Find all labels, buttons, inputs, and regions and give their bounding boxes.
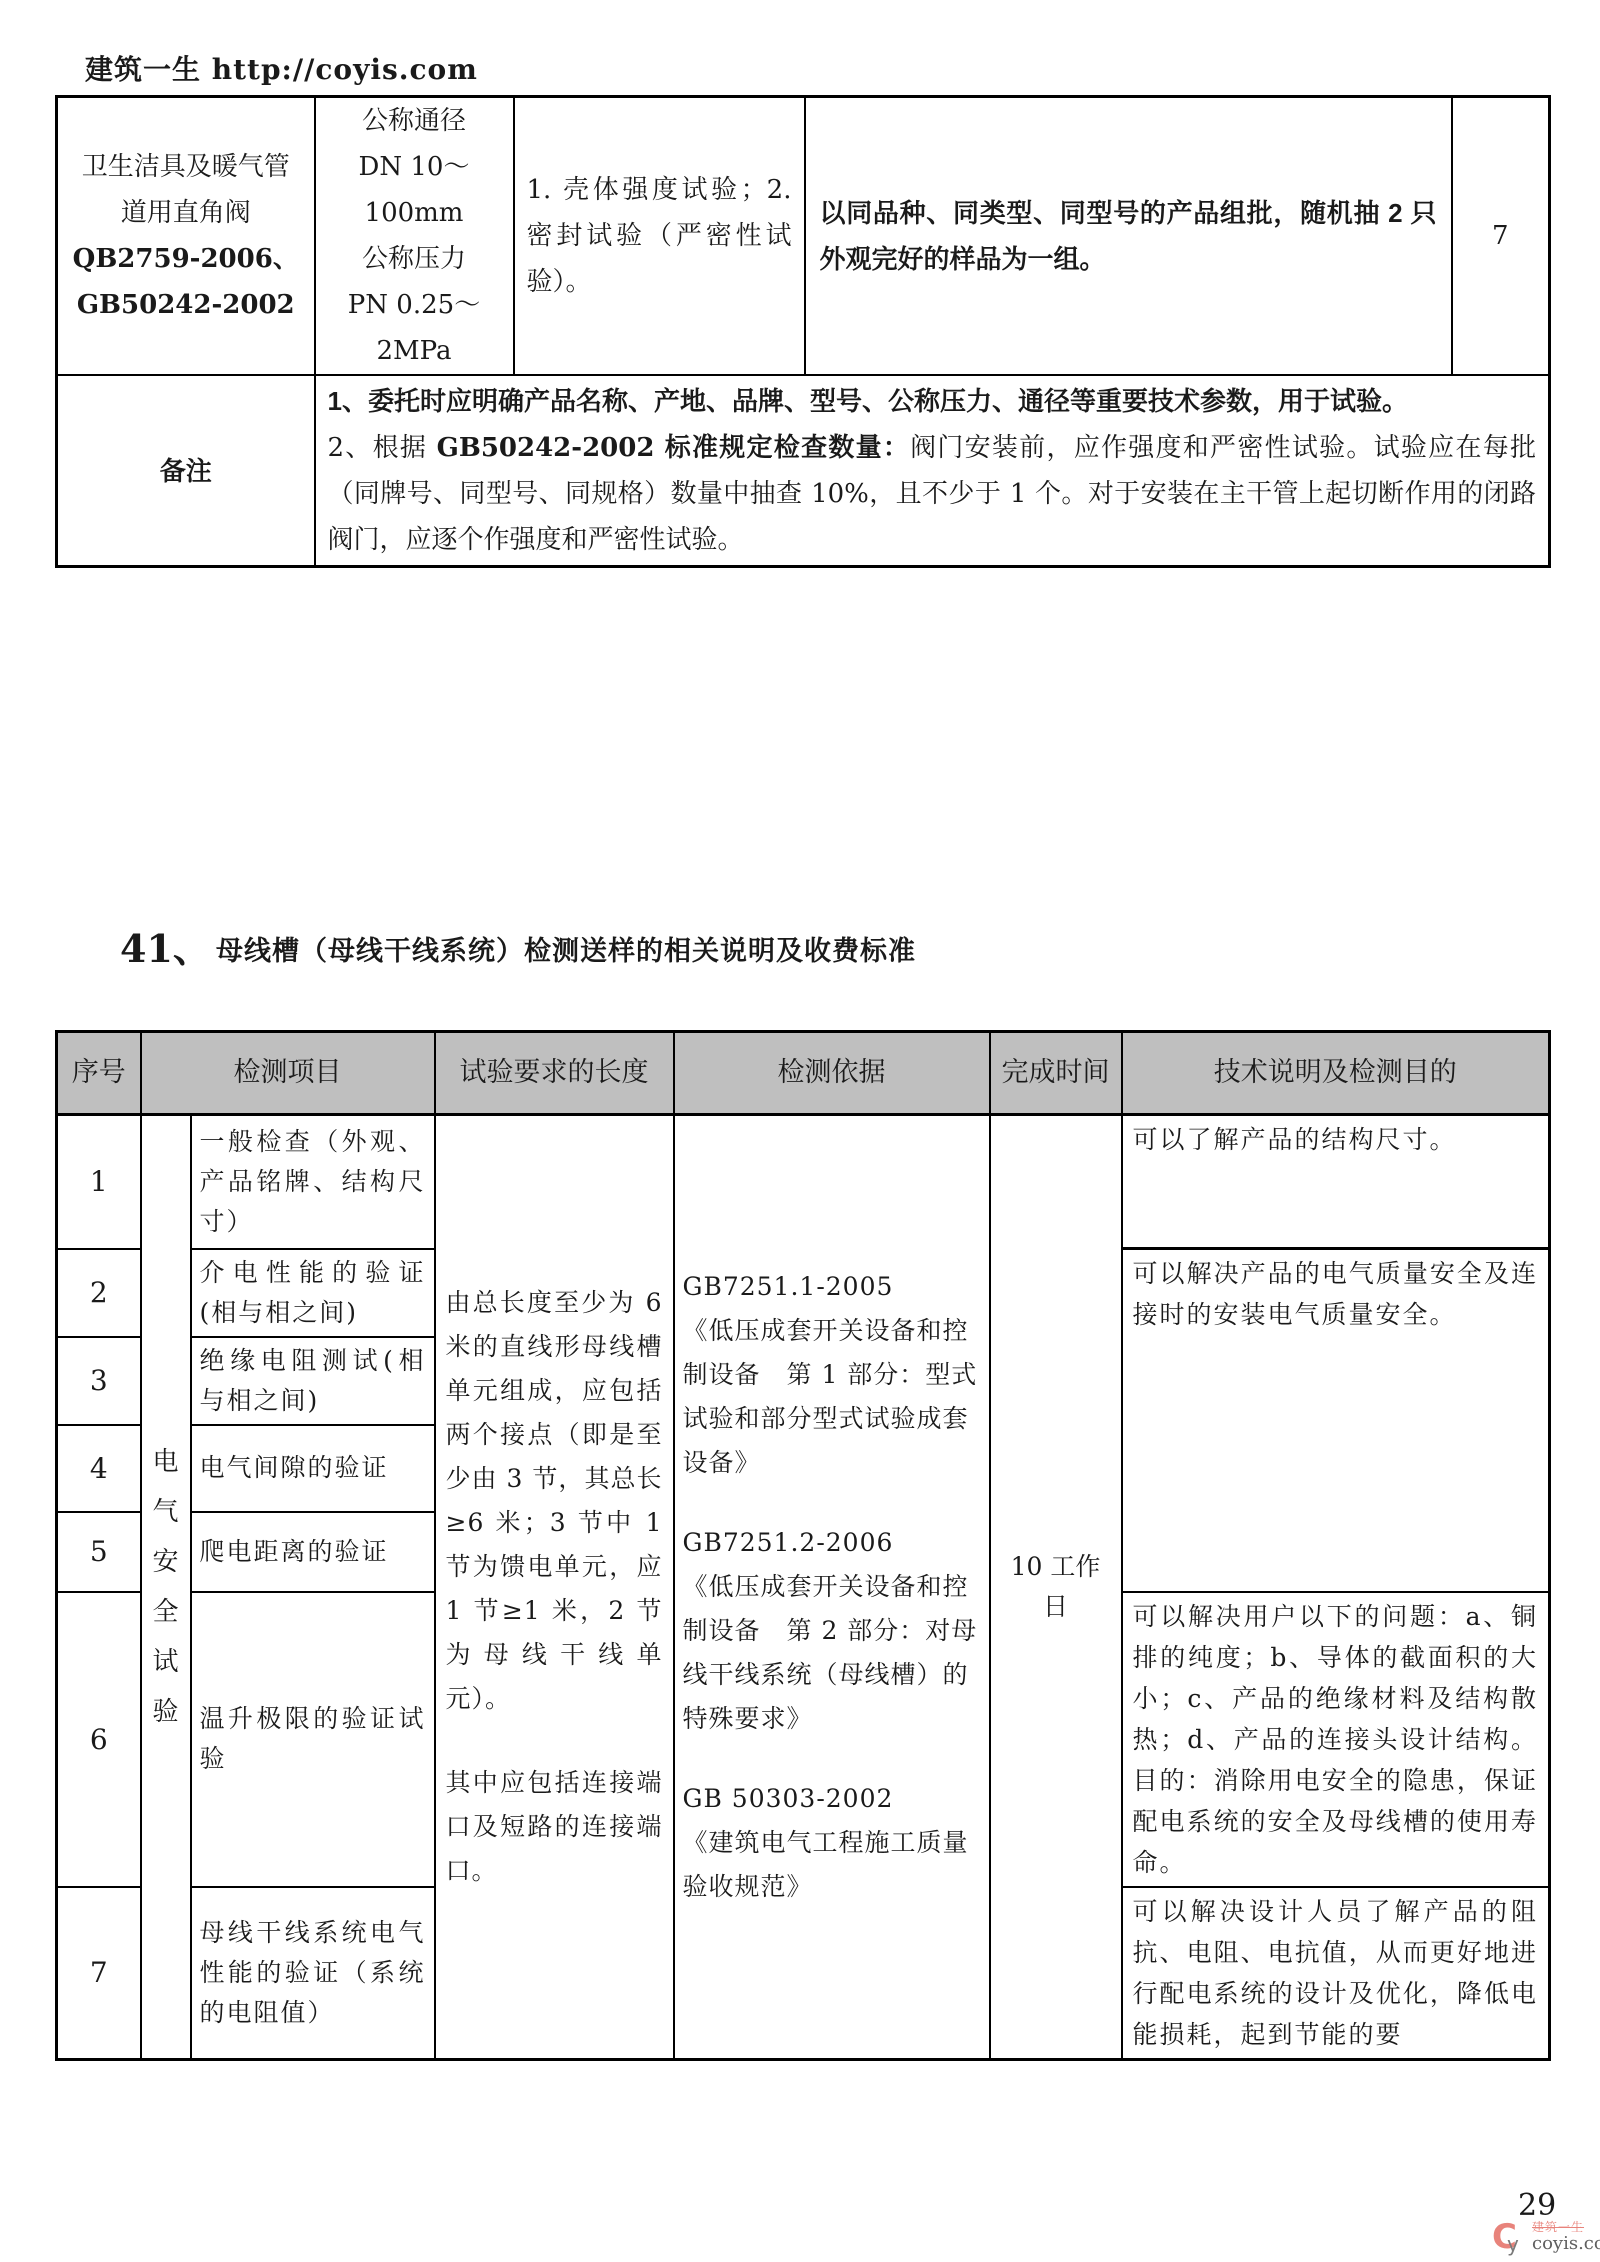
item-3: 绝缘电阻测试(相与相之间) <box>191 1337 435 1425</box>
length-paragraph-1: 由总长度至少为 6 米的直线形母线槽单元组成，应包括两个接点（即是至少由 3 节… <box>446 1281 663 1721</box>
product-standard-2: GB50242-2002 <box>58 282 314 328</box>
header-basis: 检测依据 <box>674 1032 990 1115</box>
spec-line-2: DN 10～100mm <box>316 144 513 236</box>
logo-brand-text: 建筑一生 <box>1532 2220 1600 2234</box>
document-page: 建筑一生 http://coyis.com 卫生洁具及暖气管 道用直角阀 QB2… <box>0 0 1600 2262</box>
basis-title-2: 《低压成套开关设备和控制设备 第 2 部分：对母线干线系统（母线槽）的特殊要求》 <box>683 1565 981 1741</box>
remark-line-2: 2、根据 GB50242-2002 标准规定检查数量：阀门安装前，应作强度和严密… <box>328 424 1537 563</box>
spec-cell: 公称通径 DN 10～100mm 公称压力 PN 0.25～2MPa <box>315 97 514 376</box>
item-4: 电气间隙的验证 <box>191 1425 435 1512</box>
remark-line-1: 1、委托时应明确产品名称、产地、品牌、型号、公称压力、通径等重要技术参数，用于试… <box>328 378 1537 424</box>
item-2: 介电性能的验证(相与相之间) <box>191 1249 435 1337</box>
table-row: 1 电气安全试验 一般检查（外观、产品铭牌、结构尺寸） 由总长度至少为 6 米的… <box>57 1115 1550 1249</box>
header-no: 序号 <box>57 1032 141 1115</box>
section-title: 41、 母线槽（母线干线系统）检测送样的相关说明及收费标准 <box>120 918 916 973</box>
row-no-1: 1 <box>57 1115 141 1249</box>
row-no-5: 5 <box>57 1512 141 1592</box>
basis-code-3: GB 50303-2002 <box>683 1777 981 1821</box>
basis-title-3: 《建筑电气工程施工质量验收规范》 <box>683 1821 981 1909</box>
page-number: 29 <box>1518 2188 1556 2223</box>
logo-mark-icon: C y <box>1492 2220 1528 2256</box>
header-row: 序号 检测项目 试验要求的长度 检测依据 完成时间 技术说明及检测目的 <box>57 1032 1550 1115</box>
row-no-3: 3 <box>57 1337 141 1425</box>
days-cell: 7 <box>1452 97 1550 376</box>
header-time: 完成时间 <box>990 1032 1122 1115</box>
spacer <box>446 1721 663 1761</box>
remark-content-cell: 1、委托时应明确产品名称、产地、品牌、型号、公称压力、通径等重要技术参数，用于试… <box>315 375 1550 567</box>
header-length: 试验要求的长度 <box>435 1032 674 1115</box>
item-5: 爬电距离的验证 <box>191 1512 435 1592</box>
spec-line-1: 公称通径 <box>316 98 513 144</box>
basis-title-1: 《低压成套开关设备和控制设备 第 1 部分：型式试验和部分型式试验成套设备》 <box>683 1309 981 1485</box>
note-row-6: 可以解决用户以下的问题：a、铜排的纯度；b、导体的截面积的大小；c、产品的绝缘材… <box>1122 1592 1550 1887</box>
product-standard-1: QB2759-2006、 <box>58 236 314 282</box>
remark-label-cell: 备注 <box>57 375 315 567</box>
note-rows-2-5: 可以解决产品的电气质量安全及连接时的安装电气质量安全。 <box>1122 1249 1550 1592</box>
sampling-rule-cell: 以同品种、同类型、同型号的产品组批，随机抽 2 只外观完好的样品为一组。 <box>805 97 1452 376</box>
item-7: 母线干线系统电气性能的验证（系统的电阻值） <box>191 1887 435 2060</box>
valve-test-table: 卫生洁具及暖气管 道用直角阀 QB2759-2006、 GB50242-2002… <box>55 95 1551 568</box>
basis-code-1: GB7251.1-2005 <box>683 1265 981 1309</box>
group-label-cell: 电气安全试验 <box>141 1115 191 2060</box>
item-1: 一般检查（外观、产品铭牌、结构尺寸） <box>191 1115 435 1249</box>
basis-cell: GB7251.1-2005 《低压成套开关设备和控制设备 第 1 部分：型式试验… <box>674 1115 990 2060</box>
logo-site-text: coyis.com <box>1532 2234 1600 2254</box>
product-name-line2: 道用直角阀 <box>58 190 314 236</box>
item-6: 温升极限的验证试验 <box>191 1592 435 1887</box>
row-no-2: 2 <box>57 1249 141 1337</box>
logo-text: 建筑一生 coyis.com <box>1532 2220 1600 2254</box>
row-no-7: 7 <box>57 1887 141 2060</box>
spec-line-4: PN 0.25～2MPa <box>316 282 513 374</box>
basis-code-2: GB7251.2-2006 <box>683 1521 981 1565</box>
product-name-cell: 卫生洁具及暖气管 道用直角阀 QB2759-2006、 GB50242-2002 <box>57 97 315 376</box>
note-row-7: 可以解决设计人员了解产品的阻抗、电阻、电抗值，从而更好地进行配电系统的设计及优化… <box>1122 1887 1550 2060</box>
test-items-cell: 1. 壳体强度试验；2. 密封试验（严密性试验）。 <box>514 97 805 376</box>
header-note: 技术说明及检测目的 <box>1122 1032 1550 1115</box>
spacer <box>683 1485 981 1521</box>
brand-header: 建筑一生 http://coyis.com <box>85 48 478 88</box>
length-requirement-cell: 由总长度至少为 6 米的直线形母线槽单元组成，应包括两个接点（即是至少由 3 节… <box>435 1115 674 2060</box>
header-item: 检测项目 <box>141 1032 435 1115</box>
busway-test-table: 序号 检测项目 试验要求的长度 检测依据 完成时间 技术说明及检测目的 1 电气… <box>55 1030 1551 2061</box>
completion-time-cell: 10 工作日 <box>990 1115 1122 2060</box>
length-paragraph-2: 其中应包括连接端口及短路的连接端口。 <box>446 1761 663 1893</box>
note-row-1: 可以了解产品的结构尺寸。 <box>1122 1115 1550 1249</box>
section-title-text: 母线槽（母线干线系统）检测送样的相关说明及收费标准 <box>216 936 916 966</box>
section-number: 41、 <box>120 926 211 971</box>
row-no-4: 4 <box>57 1425 141 1512</box>
row-no-6: 6 <box>57 1592 141 1887</box>
spec-line-3: 公称压力 <box>316 236 513 282</box>
product-name-line1: 卫生洁具及暖气管 <box>58 144 314 190</box>
spacer <box>683 1741 981 1777</box>
footer-logo: C y 建筑一生 coyis.com <box>1492 2220 1600 2256</box>
